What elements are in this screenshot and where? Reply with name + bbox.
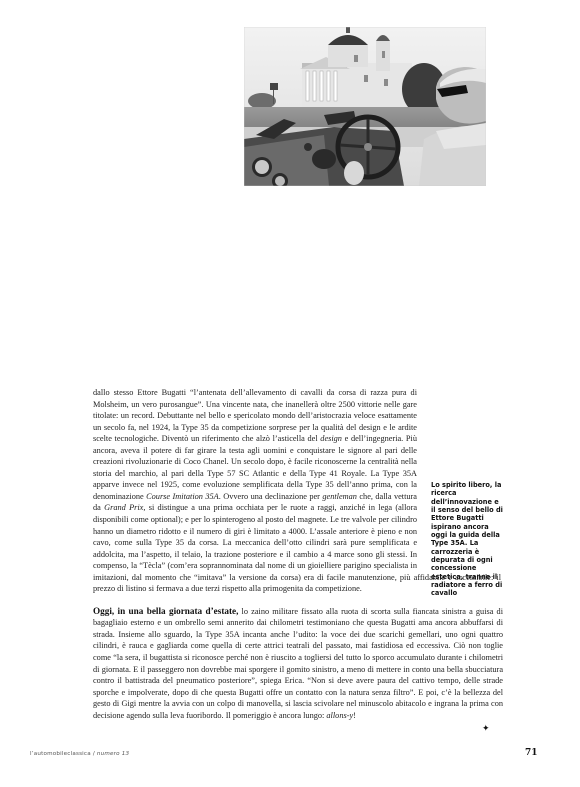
article-photo: [244, 27, 486, 186]
italic-term: allons-y: [326, 711, 353, 720]
paragraph-text: . Ovvero una declinazione per: [219, 492, 323, 501]
magazine-name: l’automobileclassica: [30, 751, 91, 757]
article-paragraph-2: Oggi, in una bella giornata d’estate, lo…: [93, 606, 503, 721]
photo-caption: Lo spirito libero, la ricerca dell’innov…: [431, 481, 503, 598]
italic-term: gentleman: [322, 492, 357, 501]
paragraph-lead-in: Oggi, in una bella giornata d’estate,: [93, 606, 238, 616]
footer-magazine-credit: l’automobileclassica / numero 13: [30, 751, 129, 757]
page-number: 71: [525, 748, 538, 758]
italic-term: Grand Prix: [104, 503, 143, 512]
italic-term: design: [320, 434, 342, 443]
driver-bugatti-photo: [244, 27, 486, 186]
italic-term: Course Imitation 35A: [146, 492, 219, 501]
paragraph-text: !: [353, 711, 356, 720]
paragraph-text: ogni quattro cilindri, è rauca e gagliar…: [93, 630, 503, 720]
issue-number: numero 13: [97, 751, 129, 757]
end-of-article-icon: ✦: [482, 724, 490, 734]
